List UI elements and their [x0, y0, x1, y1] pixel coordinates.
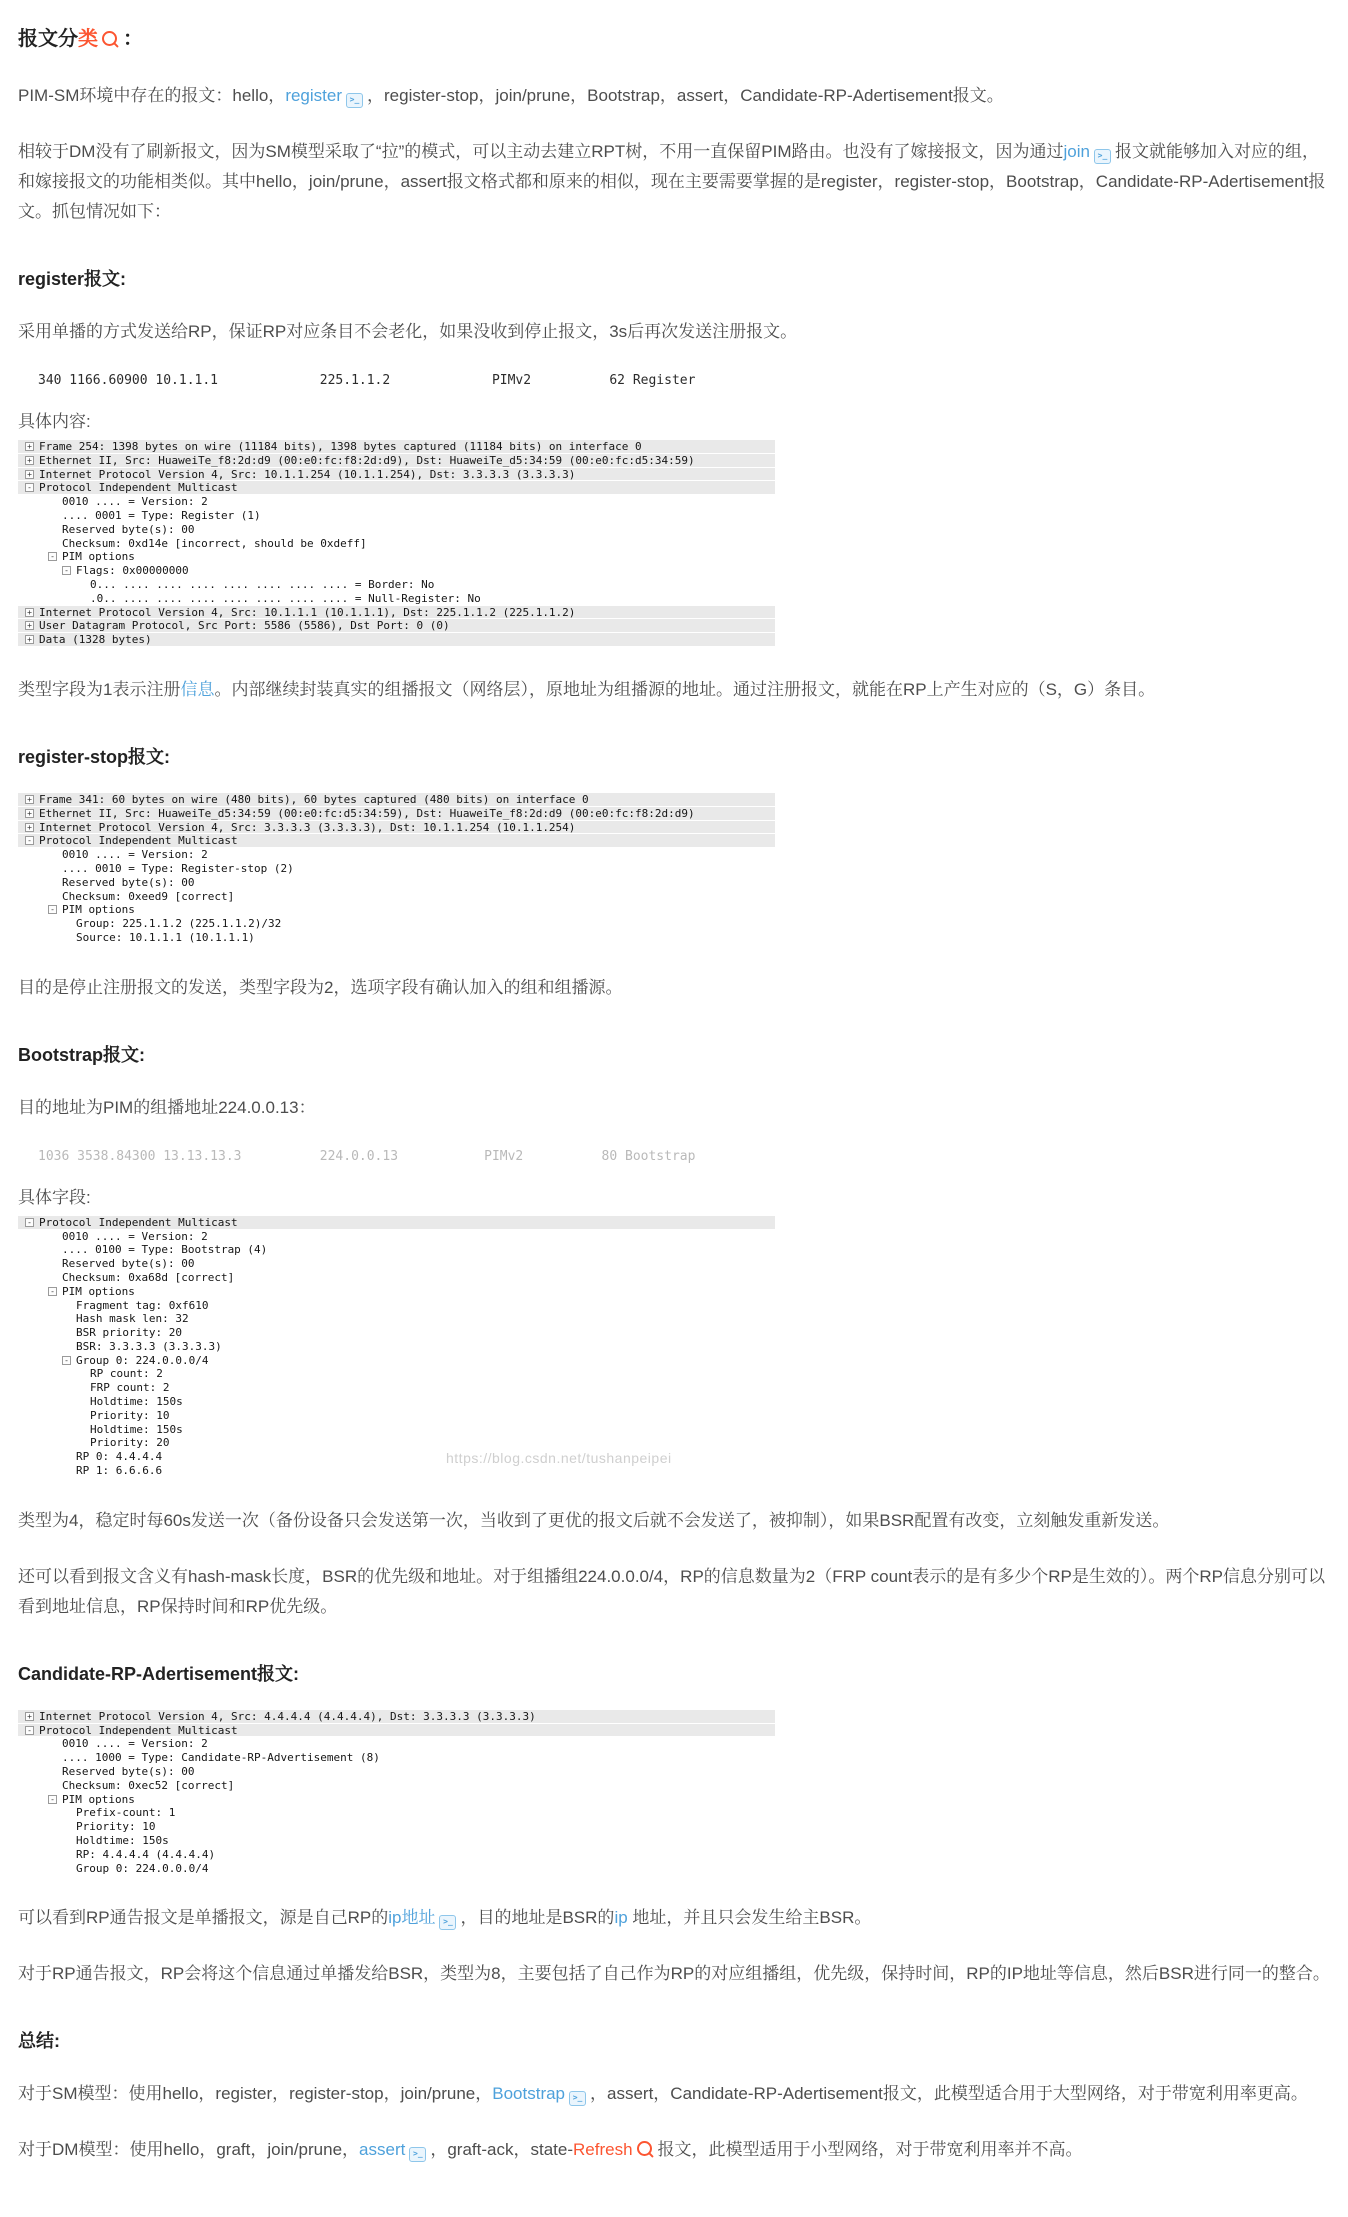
inline-link[interactable]: Bootstrap — [492, 2084, 565, 2103]
packet-field-text: Checksum: 0xeed9 [correct] — [62, 890, 234, 903]
packet-detail-row: Checksum: 0xa68d [correct] — [18, 1271, 775, 1285]
text-run: 可以看到RP通告报文是单播报文，源是自己RP的 — [18, 1908, 388, 1927]
packet-field-text: Internet Protocol Version 4, Src: 10.1.1… — [39, 468, 575, 481]
text-run: 对于SM模型：使用hello，register，register-stop，jo… — [18, 2084, 492, 2103]
packet-field-text: BSR: 3.3.3.3 (3.3.3.3) — [76, 1340, 222, 1353]
packet-detail-row: .0.. .... .... .... .... .... .... .... … — [18, 592, 775, 606]
packet-detail-row: .... 0001 = Type: Register (1) — [18, 509, 775, 523]
packet-field-text: Prefix-count: 1 — [76, 1806, 175, 1819]
packet-field-text: Frame 254: 1398 bytes on wire (11184 bit… — [39, 440, 642, 453]
expand-icon: + — [25, 456, 34, 465]
expand-icon: + — [25, 823, 34, 832]
paragraph-type1: 类型字段为1表示注册信息。内部继续封装真实的组播报文（网络层），原地址为组播源的… — [18, 675, 1330, 705]
packet-field-text: Checksum: 0xa68d [correct] — [62, 1271, 234, 1284]
packet-detail-row: Priority: 10 — [18, 1409, 775, 1423]
packet-detail-row: -Group 0: 224.0.0.0/4 — [18, 1354, 775, 1368]
packet-field-text: Reserved byte(s): 00 — [62, 1765, 194, 1778]
paragraph-summary-dm: 对于DM模型：使用hello，graft，join/prune，assert>_… — [18, 2135, 1330, 2165]
packet-detail-row: 0010 .... = Version: 2 — [18, 848, 775, 862]
packet-detail-row: +Ethernet II, Src: HuaweiTe_d5:34:59 (00… — [18, 807, 775, 821]
packet-field-text: Frame 341: 60 bytes on wire (480 bits), … — [39, 793, 589, 806]
packet-field-text: Group 0: 224.0.0.0/4 — [76, 1354, 208, 1367]
capture-bootstrap-details: https://blog.csdn.net/tushanpeipei -Prot… — [18, 1216, 775, 1478]
packet-field-text: Reserved byte(s): 00 — [62, 523, 194, 536]
packet-field-text: Group: 225.1.1.2 (225.1.1.2)/32 — [76, 917, 281, 930]
packet-field-text: Protocol Independent Multicast — [39, 1724, 238, 1737]
packet-field-text: Reserved byte(s): 00 — [62, 876, 194, 889]
packet-field-text: PIM options — [62, 550, 135, 563]
packet-field-text: Hash mask len: 32 — [76, 1312, 189, 1325]
paragraph-dm-comparison: 相较于DM没有了刷新报文，因为SM模型采取了“拉”的模式，可以主动去建立RPT树… — [18, 137, 1330, 227]
expand-icon: + — [25, 608, 34, 617]
text-run: ，register-stop，join/prune，Bootstrap，asse… — [367, 86, 1004, 105]
label-detail: 具体内容: — [18, 407, 1330, 432]
packet-detail-row: -PIM options — [18, 550, 775, 564]
collapse-icon: - — [48, 1795, 57, 1804]
packet-detail-row: RP: 4.4.4.4 (4.4.4.4) — [18, 1848, 775, 1862]
packet-detail-row: Priority: 20 — [18, 1436, 775, 1450]
packet-detail-row: Holdtime: 150s — [18, 1834, 775, 1848]
packet-field-text: Priority: 20 — [90, 1436, 169, 1449]
text-run: 目的地址为PIM的组播地址224.0.0.13： — [18, 1098, 316, 1117]
collapse-icon: - — [48, 1287, 57, 1296]
paragraph-summary-sm: 对于SM模型：使用hello，register，register-stop，jo… — [18, 2079, 1330, 2109]
packet-detail-row: .... 1000 = Type: Candidate-RP-Advertise… — [18, 1751, 775, 1765]
packet-detail-row: +Data (1328 bytes) — [18, 633, 775, 647]
packet-detail-row: Checksum: 0xec52 [correct] — [18, 1779, 775, 1793]
packet-field-text: Internet Protocol Version 4, Src: 4.4.4.… — [39, 1710, 536, 1723]
text-run: 对于RP通告报文，RP会将这个信息通过单播发给BSR，类型为8，主要包括了自己作… — [18, 1964, 1330, 1983]
packet-detail-row: +Internet Protocol Version 4, Src: 4.4.4… — [18, 1710, 775, 1724]
packet-detail-row: -Flags: 0x00000000 — [18, 564, 775, 578]
packet-detail-row: Priority: 10 — [18, 1820, 775, 1834]
terminal-link-icon[interactable]: >_ — [409, 2147, 426, 2162]
packet-field-text: Internet Protocol Version 4, Src: 10.1.1… — [39, 606, 575, 619]
packet-field-text: PIM options — [62, 903, 135, 916]
packet-field-text: 0010 .... = Version: 2 — [62, 1737, 208, 1750]
expand-icon: + — [25, 795, 34, 804]
packet-detail-row: 0... .... .... .... .... .... .... .... … — [18, 578, 775, 592]
paragraph-type4: 类型为4，稳定时每60s发送一次（备份设备只会发送第一次，当收到了更优的报文后就… — [18, 1506, 1330, 1536]
packet-field-text: Holdtime: 150s — [76, 1834, 169, 1847]
packet-field-text: RP count: 2 — [90, 1367, 163, 1380]
packet-detail-row: FRP count: 2 — [18, 1381, 775, 1395]
packet-field-text: RP 1: 6.6.6.6 — [76, 1464, 162, 1477]
packet-detail-row: Hash mask len: 32 — [18, 1312, 775, 1326]
inline-link[interactable]: assert — [359, 2140, 405, 2159]
paragraph-crp-bsr: 对于RP通告报文，RP会将这个信息通过单播发给BSR，类型为8，主要包括了自己作… — [18, 1959, 1330, 1989]
packet-field-text: RP: 4.4.4.4 (4.4.4.4) — [76, 1848, 215, 1861]
packet-field-text: 0... .... .... .... .... .... .... .... … — [90, 578, 434, 591]
packet-field-text: PIM options — [62, 1793, 135, 1806]
capture-register-details: +Frame 254: 1398 bytes on wire (11184 bi… — [18, 440, 775, 647]
search-icon[interactable] — [102, 31, 117, 46]
collapse-icon: - — [62, 1356, 71, 1365]
packet-detail-row: RP 0: 4.4.4.4 — [18, 1450, 775, 1464]
label-fields: 具体字段: — [18, 1183, 1330, 1208]
section-heading-crp: Candidate-RP-Adertisement报文: — [18, 1660, 1330, 1686]
packet-field-text: Source: 10.1.1.1 (10.1.1.1) — [76, 931, 255, 944]
packet-summary-line-register: 340 1166.60900 10.1.1.1 225.1.1.2 PIMv2 … — [18, 373, 1330, 389]
packet-field-text: Holdtime: 150s — [90, 1423, 183, 1436]
text-run: 目的是停止注册报文的发送，类型字段为2，选项字段有确认加入的组和组播源。 — [18, 978, 622, 997]
text-run: 报文，此模型适用于小型网络，对于带宽利用率并不高。 — [658, 2140, 1083, 2159]
packet-field-text: .... 0001 = Type: Register (1) — [62, 509, 261, 522]
packet-detail-row: Reserved byte(s): 00 — [18, 523, 775, 537]
packet-field-text: Protocol Independent Multicast — [39, 481, 238, 494]
collapse-icon: - — [48, 552, 57, 561]
packet-detail-row: Holdtime: 150s — [18, 1395, 775, 1409]
packet-field-text: Reserved byte(s): 00 — [62, 1257, 194, 1270]
packet-detail-row: +Internet Protocol Version 4, Src: 10.1.… — [18, 468, 775, 482]
expand-icon: + — [25, 1712, 34, 1721]
packet-field-text: Protocol Independent Multicast — [39, 1216, 238, 1229]
packet-detail-row: -Protocol Independent Multicast — [18, 834, 775, 848]
text-run: 类型为4，稳定时每60s发送一次（备份设备只会发送第一次，当收到了更优的报文后就… — [18, 1511, 1169, 1530]
packet-field-text: .0.. .... .... .... .... .... .... .... … — [90, 592, 481, 605]
collapse-icon: - — [62, 566, 71, 575]
expand-icon: + — [25, 809, 34, 818]
packet-field-text: Checksum: 0xd14e [incorrect, should be 0… — [62, 537, 367, 550]
inline-link[interactable]: join — [1063, 142, 1089, 161]
packet-detail-row: Group 0: 224.0.0.0/4 — [18, 1862, 775, 1876]
packet-field-text: User Datagram Protocol, Src Port: 5586 (… — [39, 619, 450, 632]
packet-detail-row: Reserved byte(s): 00 — [18, 1257, 775, 1271]
packet-detail-row: Holdtime: 150s — [18, 1423, 775, 1437]
inline-link[interactable]: ip地址 — [388, 1908, 435, 1927]
packet-field-text: .... 0100 = Type: Bootstrap (4) — [62, 1243, 267, 1256]
packet-detail-row: BSR priority: 20 — [18, 1326, 775, 1340]
section-heading-bootstrap: Bootstrap报文: — [18, 1041, 1330, 1067]
collapse-icon: - — [25, 1218, 34, 1227]
packet-field-text: Fragment tag: 0xf610 — [76, 1299, 208, 1312]
section-heading-summary: 总结: — [18, 2027, 1330, 2053]
inline-link[interactable]: register — [285, 86, 342, 105]
text-run: 。内部继续封装真实的组播报文（网络层），原地址为组播源的地址。通过注册报文，就能… — [214, 680, 1155, 699]
paragraph-register-stop-desc: 目的是停止注册报文的发送，类型字段为2，选项字段有确认加入的组和组播源。 — [18, 973, 1330, 1003]
packet-detail-row: -Protocol Independent Multicast — [18, 481, 775, 495]
section-heading-register-stop: register-stop报文: — [18, 743, 1330, 769]
packet-field-text: Flags: 0x00000000 — [76, 564, 189, 577]
text-run: ，目的地址是BSR的 — [460, 1908, 614, 1927]
packet-detail-row: +Frame 254: 1398 bytes on wire (11184 bi… — [18, 440, 775, 454]
packet-detail-row: 0010 .... = Version: 2 — [18, 1737, 775, 1751]
packet-field-text: BSR priority: 20 — [76, 1326, 182, 1339]
packet-detail-row: RP 1: 6.6.6.6 — [18, 1464, 775, 1478]
text-run: ，assert，Candidate-RP-Adertisement报文，此模型适… — [590, 2084, 1308, 2103]
packet-field-text: FRP count: 2 — [90, 1381, 169, 1394]
packet-field-text: .... 0010 = Type: Register-stop (2) — [62, 862, 294, 875]
packet-field-text: .... 1000 = Type: Candidate-RP-Advertise… — [62, 1751, 380, 1764]
expand-icon: + — [25, 470, 34, 479]
packet-summary-line-bootstrap: 1036 3538.84300 13.13.13.3 224.0.0.13 PI… — [18, 1149, 1330, 1165]
collapse-icon: - — [48, 905, 57, 914]
terminal-link-icon[interactable]: >_ — [439, 1915, 456, 1930]
packet-field-text: Group 0: 224.0.0.0/4 — [76, 1862, 208, 1875]
capture-crp-details: +Internet Protocol Version 4, Src: 4.4.4… — [18, 1710, 775, 1876]
packet-detail-row: Reserved byte(s): 00 — [18, 1765, 775, 1779]
packet-detail-row: RP count: 2 — [18, 1367, 775, 1381]
text-run: 地址，并且只会发生给主BSR。 — [628, 1908, 872, 1927]
collapse-icon: - — [25, 836, 34, 845]
paragraph-hashmask: 还可以看到报文含义有hash-mask长度，BSR的优先级和地址。对于组播组22… — [18, 1562, 1330, 1622]
packet-field-text: Priority: 10 — [76, 1820, 155, 1833]
packet-detail-row: BSR: 3.3.3.3 (3.3.3.3) — [18, 1340, 775, 1354]
packet-detail-row: Reserved byte(s): 00 — [18, 876, 775, 890]
packet-field-text: 0010 .... = Version: 2 — [62, 848, 208, 861]
page-title: 报文分类： — [18, 22, 1330, 51]
text-run: ，graft-ack，state- — [430, 2140, 573, 2159]
paragraph-crp-unicast: 可以看到RP通告报文是单播报文，源是自己RP的ip地址>_，目的地址是BSR的i… — [18, 1903, 1330, 1933]
packet-detail-row: Source: 10.1.1.1 (10.1.1.1) — [18, 931, 775, 945]
packet-field-text: Ethernet II, Src: HuaweiTe_d5:34:59 (00:… — [39, 807, 695, 820]
expand-icon: + — [25, 442, 34, 451]
section-heading-register: register报文: — [18, 265, 1330, 291]
terminal-link-icon[interactable]: >_ — [1094, 149, 1111, 164]
expand-icon: + — [25, 621, 34, 630]
packet-field-text: 0010 .... = Version: 2 — [62, 1230, 208, 1243]
packet-detail-row: .... 0010 = Type: Register-stop (2) — [18, 862, 775, 876]
packet-detail-row: 0010 .... = Version: 2 — [18, 1230, 775, 1244]
packet-field-text: Protocol Independent Multicast — [39, 834, 238, 847]
text-run: 还可以看到报文含义有hash-mask长度，BSR的优先级和地址。对于组播组22… — [18, 1567, 1325, 1616]
inline-link[interactable]: ip — [614, 1908, 627, 1927]
packet-detail-row: Fragment tag: 0xf610 — [18, 1299, 775, 1313]
packet-field-text: Holdtime: 150s — [90, 1395, 183, 1408]
packet-detail-row: +Ethernet II, Src: HuaweiTe_f8:2d:d9 (00… — [18, 454, 775, 468]
packet-field-text: RP 0: 4.4.4.4 — [76, 1450, 162, 1463]
paragraph-bootstrap-intro: 目的地址为PIM的组播地址224.0.0.13： — [18, 1093, 1330, 1123]
terminal-link-icon[interactable]: >_ — [569, 2091, 586, 2106]
packet-detail-row: 0010 .... = Version: 2 — [18, 495, 775, 509]
text-run: PIM-SM环境中存在的报文：hello， — [18, 86, 285, 105]
search-icon[interactable] — [637, 2141, 652, 2156]
packet-field-text: Checksum: 0xec52 [correct] — [62, 1779, 234, 1792]
packet-detail-row: +Internet Protocol Version 4, Src: 10.1.… — [18, 606, 775, 620]
packet-field-text: Ethernet II, Src: HuaweiTe_f8:2d:d9 (00:… — [39, 454, 695, 467]
packet-detail-row: -PIM options — [18, 1285, 775, 1299]
packet-detail-row: Group: 225.1.1.2 (225.1.1.2)/32 — [18, 917, 775, 931]
packet-detail-row: .... 0100 = Type: Bootstrap (4) — [18, 1243, 775, 1257]
packet-detail-row: Checksum: 0xeed9 [correct] — [18, 890, 775, 904]
packet-detail-row: Checksum: 0xd14e [incorrect, should be 0… — [18, 537, 775, 551]
packet-field-text: PIM options — [62, 1285, 135, 1298]
article-body: 报文分类： PIM-SM环境中存在的报文：hello，register>_，re… — [0, 0, 1348, 2217]
packet-detail-row: -Protocol Independent Multicast — [18, 1216, 775, 1230]
text-run: ： — [123, 28, 143, 50]
packet-field-text: Priority: 10 — [90, 1409, 169, 1422]
packet-detail-row: +Internet Protocol Version 4, Src: 3.3.3… — [18, 821, 775, 835]
packet-detail-row: +Frame 341: 60 bytes on wire (480 bits),… — [18, 793, 775, 807]
packet-detail-row: +User Datagram Protocol, Src Port: 5586 … — [18, 619, 775, 633]
paragraph-sm-packets: PIM-SM环境中存在的报文：hello，register>_，register… — [18, 81, 1330, 111]
highlighted-keyword: Refresh — [573, 2140, 633, 2159]
packet-field-text: 0010 .... = Version: 2 — [62, 495, 208, 508]
text-run: 相较于DM没有了刷新报文，因为SM模型采取了“拉”的模式，可以主动去建立RPT树… — [18, 142, 1063, 161]
collapse-icon: - — [25, 483, 34, 492]
text-run: 对于DM模型：使用hello，graft，join/prune， — [18, 2140, 359, 2159]
text-run: 报文分 — [18, 28, 78, 50]
text-run: 类型字段为1表示注册 — [18, 680, 180, 699]
highlighted-keyword: 类 — [78, 28, 98, 50]
packet-detail-row: Prefix-count: 1 — [18, 1806, 775, 1820]
capture-register-stop-details: +Frame 341: 60 bytes on wire (480 bits),… — [18, 793, 775, 945]
expand-icon: + — [25, 635, 34, 644]
packet-detail-row: -PIM options — [18, 1793, 775, 1807]
paragraph-register-desc: 采用单播的方式发送给RP，保证RP对应条目不会老化，如果没收到停止报文，3s后再… — [18, 317, 1330, 347]
inline-link[interactable]: 信息 — [180, 680, 214, 699]
terminal-link-icon[interactable]: >_ — [346, 93, 363, 108]
packet-detail-row: -Protocol Independent Multicast — [18, 1724, 775, 1738]
text-run: 采用单播的方式发送给RP，保证RP对应条目不会老化，如果没收到停止报文，3s后再… — [18, 322, 797, 341]
collapse-icon: - — [25, 1726, 34, 1735]
packet-field-text: Internet Protocol Version 4, Src: 3.3.3.… — [39, 821, 575, 834]
packet-detail-row: -PIM options — [18, 903, 775, 917]
packet-field-text: Data (1328 bytes) — [39, 633, 152, 646]
